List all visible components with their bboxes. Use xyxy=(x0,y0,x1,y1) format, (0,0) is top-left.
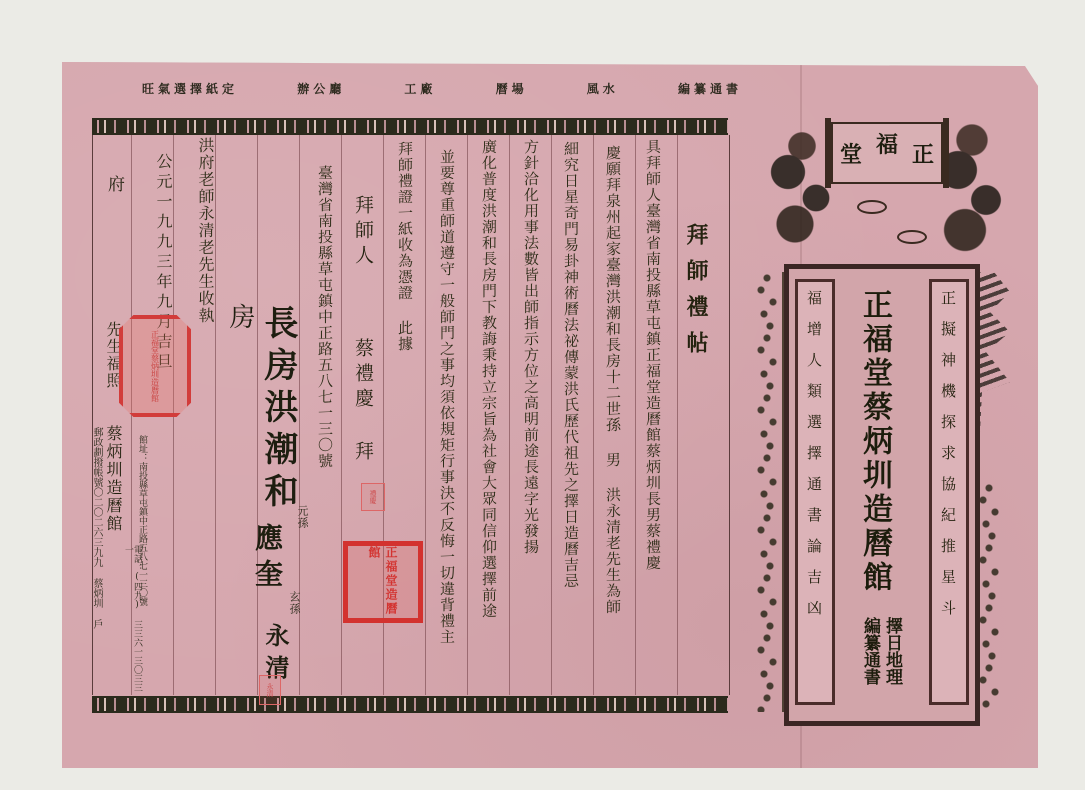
column-rule xyxy=(215,135,216,695)
address-column: 臺灣省南投縣草屯鎮中正路五八七一三〇號 xyxy=(317,165,332,526)
column-rule xyxy=(425,135,426,695)
letter-column: 細究日星奇門易卦神術曆法祕傳蒙洪氏歷代祖先之擇日造曆吉忌 xyxy=(563,141,578,692)
lineage-note-2: 玄孫 xyxy=(289,591,300,615)
footer-shop: 蔡炳圳造曆館 xyxy=(105,425,121,533)
shop-name-panel: 正福堂蔡炳圳造曆館 擇日地理 編纂通書 xyxy=(839,273,917,705)
column-rule xyxy=(467,135,468,695)
lineage-note-1: 元孫 xyxy=(297,505,308,529)
recipient-column: 洪府老師永清老先生收執 xyxy=(197,137,213,438)
master-seal: 永清 xyxy=(259,675,281,705)
letter-column: 廣化普度洪潮和長房門下教誨秉持立宗旨為社會大眾同信仰選擇前途 xyxy=(481,139,496,690)
signature-seal: 禮慶 xyxy=(361,483,385,511)
letter-column: 方針洽化用事法數皆出師指示方位之高明前途長遠字光發揚 xyxy=(523,139,538,690)
closing-column: 先生福照 xyxy=(105,321,121,390)
couplet-left: 福增人類選擇通書論吉凶 xyxy=(806,290,821,631)
red-square-seal: 正福堂造曆館 xyxy=(343,541,423,623)
slogan-item: 旺氣選擇紙定 xyxy=(142,80,238,97)
letter-title: 拜師禮帖 xyxy=(685,223,707,367)
slogan-item: 工廠 xyxy=(404,80,436,97)
shop-main-title: 正福堂蔡炳圳造曆館 xyxy=(859,289,889,595)
column-rule xyxy=(551,135,552,695)
shop-sign-frame: 正擬神機探求協紀推星斗 正福堂蔡炳圳造曆館 擇日地理 編纂通書 福增人類選擇通書… xyxy=(784,264,980,726)
footer-postal: 郵政劃撥帳號〇二〇二六三九九 蔡炳圳 戶 xyxy=(91,427,101,629)
column-rule xyxy=(635,135,636,695)
fang-label: 房 xyxy=(227,303,253,337)
cloud-icon xyxy=(897,230,927,244)
slogan-item: 編纂通書 xyxy=(678,80,742,97)
column-rule xyxy=(341,135,342,695)
banner-char: 堂 xyxy=(840,138,862,169)
banner-scroll: 正 福 堂 xyxy=(831,122,943,184)
top-slogan: 編纂通書 風水 曆場 工廠 辦公廳 旺氣選擇紙定 xyxy=(142,80,742,97)
master-name: 長房洪潮和 xyxy=(261,305,295,515)
footer-address: 館址：南投縣草屯鎮中正路五八七一三〇號 xyxy=(137,435,146,606)
letter-column: 並要尊重師道遵守一般師門之事均須依規矩行事決不反悔一切違背禮主 xyxy=(439,149,454,670)
banner-header: 正 福 堂 xyxy=(767,100,1007,260)
banner-char: 福 xyxy=(876,128,898,159)
signatory-label: 拜師人 蔡禮慶 拜 xyxy=(353,195,372,466)
red-octagon-seal: 正福堂蔡炳圳造曆館 xyxy=(119,315,191,417)
letter-column: 慶願拜泉州起家臺灣洪潮和長房十二世孫 男 洪永清老先生為師 xyxy=(605,145,620,686)
couplet-right-panel: 正擬神機探求協紀推星斗 xyxy=(929,279,969,705)
subtitle-right: 擇日地理 xyxy=(883,617,900,685)
slogan-item: 辦公廳 xyxy=(297,80,345,97)
letter-column: 具拜師人臺灣省南投縣草屯鎮正福堂造曆館蔡炳圳長男蔡禮慶 xyxy=(645,139,660,690)
vine-ornament-left xyxy=(752,272,784,712)
column-rule xyxy=(593,135,594,695)
couplet-right: 正擬神機探求協紀推星斗 xyxy=(940,290,955,631)
ornamental-border-top xyxy=(92,118,728,135)
banner-char: 正 xyxy=(912,138,934,169)
slogan-item: 曆場 xyxy=(496,80,528,97)
master-name-2: 應奎 xyxy=(253,523,281,595)
column-rule xyxy=(677,135,678,695)
couplet-left-panel: 福增人類選擇通書論吉凶 xyxy=(795,279,835,705)
ornamental-border-bottom xyxy=(92,696,728,713)
cloud-icon xyxy=(857,200,887,214)
fu-label: 府 xyxy=(105,175,122,198)
letter-column: 拜師禮證一紙收為憑證 此據 xyxy=(397,141,412,442)
letter-body: 拜師禮帖 具拜師人臺灣省南投縣草屯鎮正福堂造曆館蔡炳圳長男蔡禮慶 慶願拜泉州起家… xyxy=(92,135,730,695)
certificate-paper: 編纂通書 風水 曆場 工廠 辦公廳 旺氣選擇紙定 拜師禮帖 具拜師人臺灣省南投縣… xyxy=(62,62,1038,768)
column-rule xyxy=(509,135,510,695)
subtitle-left: 編纂通書 xyxy=(861,617,878,685)
slogan-item: 風水 xyxy=(587,80,619,97)
